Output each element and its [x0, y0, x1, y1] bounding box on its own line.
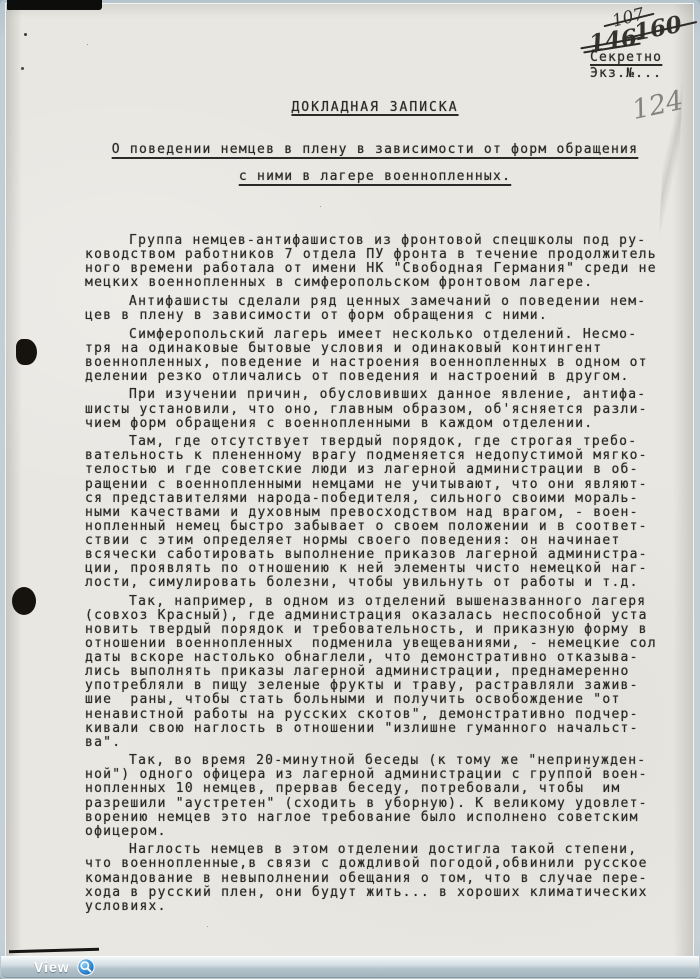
paragraph-1: Группа немцев-антифашистов из фронтовой …: [85, 234, 665, 290]
paragraph-7: Так, во время 20-минутной беседы (к тому…: [85, 754, 665, 839]
paragraph-3: Симферопольский лагерь имеет несколько о…: [85, 328, 665, 384]
paragraph-2: Антифашисты сделали ряд ценных замечаний…: [85, 295, 665, 323]
paragraph-8: Наглость немцев в этом отделении достигл…: [85, 843, 665, 913]
document-subtitle-line1: О поведении немцев в плену в зависимости…: [85, 136, 665, 163]
view-button[interactable]: View: [34, 959, 70, 975]
magnifier-icon[interactable]: [77, 958, 95, 976]
document-text: ДОКЛАДНАЯ ЗАПИСКА О поведении немцев в п…: [85, 100, 665, 918]
paper-specks: [24, 33, 27, 36]
document-subtitle-line2: с ними в лагере военнопленных.: [85, 163, 665, 190]
paragraph-4: При изучении причин, обусловивших данное…: [85, 388, 665, 430]
image-viewer-window: Секретно Экз.№... 107 160 146 124 ДОКЛАД…: [0, 0, 700, 979]
paragraph-5: Там, где отсутствует твердый порядок, гд…: [85, 435, 665, 590]
viewer-bottom-bar: View: [1, 956, 699, 978]
scan-edge-artifact-top: [7, 0, 102, 10]
document-body: Группа немцев-антифашистов из фронтовой …: [85, 234, 665, 914]
paragraph-6: Так, например, в одном из отделений выше…: [85, 595, 665, 750]
document-title: ДОКЛАДНАЯ ЗАПИСКА: [85, 100, 665, 115]
copy-number-label: Экз.№...: [590, 66, 662, 82]
punch-hole: [12, 587, 36, 615]
punch-hole: [16, 339, 37, 365]
